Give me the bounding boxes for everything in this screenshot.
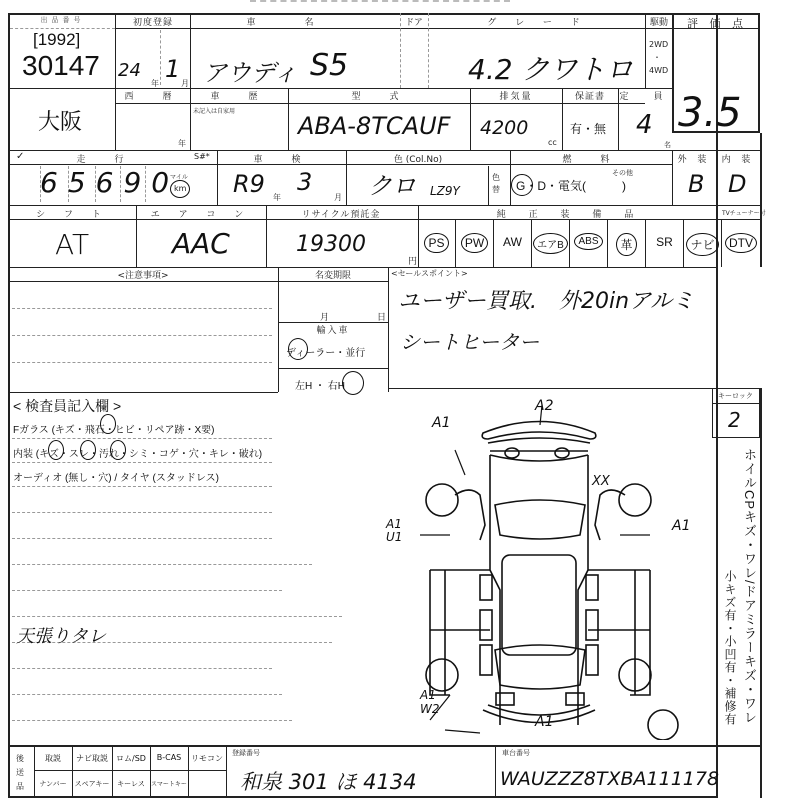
accessory-manual: 取説 xyxy=(34,753,72,764)
recycle-unit: 円 xyxy=(408,254,417,267)
accessory-plate: ナンバー xyxy=(34,779,72,789)
plate-label: 登録番号 xyxy=(232,748,260,758)
exterior-grade: B xyxy=(688,170,704,198)
inspector-audio-tire: オーディオ (無し・穴) / タイヤ (スタッドレス) xyxy=(13,469,219,484)
equipment-aw-label: AW xyxy=(503,235,522,249)
glass-chip-circle xyxy=(100,414,116,434)
grade-label: グ レ ー ド xyxy=(430,15,645,28)
color-change-label: 色替 xyxy=(492,172,502,196)
drive-4wd: 4WD xyxy=(649,66,668,75)
equipment-sr-label: SR xyxy=(656,235,673,249)
recycle-fee: 19300 xyxy=(296,232,366,257)
divider xyxy=(115,103,645,104)
equipment-abs-label: ABS xyxy=(574,233,602,250)
mileage-flag: S#* xyxy=(194,152,210,161)
divider xyxy=(115,28,190,29)
name-change-label: 名変期限 xyxy=(280,268,386,281)
interior-label: 内 装 xyxy=(716,152,760,165)
inspection-history-label: 車 歴 xyxy=(190,89,288,102)
western-year-unit: 年 xyxy=(178,138,186,149)
divider xyxy=(150,745,151,798)
displacement-label: 排気量 xyxy=(470,89,562,102)
equipment-navi: ナビ xyxy=(684,219,722,267)
mileage-check: ✓ xyxy=(16,151,24,162)
color-code: LZ9Y xyxy=(430,184,460,198)
capacity-label: 定 員 xyxy=(618,89,672,102)
equipment-leather: 革 xyxy=(608,219,646,267)
exterior-label: 外 装 xyxy=(672,152,716,165)
divider xyxy=(672,28,760,29)
sales-point-line1: ユーザー買取. 外20inアルミ xyxy=(398,284,694,315)
interior-dirt-circle xyxy=(110,440,126,460)
divider xyxy=(760,388,762,748)
interior-grade: D xyxy=(728,170,746,198)
equipment-dtv-label: DTV xyxy=(725,233,757,253)
divider xyxy=(34,770,226,771)
divider xyxy=(115,13,116,88)
fuel-other-label: その他 xyxy=(612,168,633,178)
accessory-keyless: キーレス xyxy=(112,779,150,789)
inspection-year-unit: 年 xyxy=(273,192,281,203)
divider xyxy=(10,28,115,29)
footer-divider xyxy=(8,745,760,747)
equipment-leather-label: 革 xyxy=(616,233,636,256)
chassis-number: WAUZZZ8TXBA111178 xyxy=(500,768,719,790)
fuel-label: 燃 料 xyxy=(510,152,672,165)
equipment-navi-label: ナビ xyxy=(686,233,718,256)
license-plate: 和泉 301 ほ 4134 xyxy=(240,766,417,796)
inspection-history-note: 未記入は自家用 xyxy=(193,106,235,115)
equipment-sr: SR xyxy=(646,219,684,267)
model-code-label: 型 式 xyxy=(290,89,470,102)
row-divider xyxy=(8,392,278,393)
row-divider xyxy=(8,205,760,206)
accessory-navi-manual: ナビ取説 xyxy=(72,753,112,764)
divider xyxy=(488,166,489,205)
divider xyxy=(8,281,388,282)
divider xyxy=(712,403,760,404)
caution-line xyxy=(12,362,272,363)
caution-line xyxy=(12,335,272,336)
inspector-line xyxy=(12,438,272,439)
chassis-label: 車台番号 xyxy=(502,748,530,758)
equipment-airbag: エアB xyxy=(532,219,570,267)
handle-option: 左H ・ 右H xyxy=(295,377,345,392)
header-scan-artifact xyxy=(250,0,510,6)
car-model: S5 xyxy=(310,48,348,83)
inspector-handwritten-note: 天張りタレ xyxy=(16,622,106,648)
inspector-line xyxy=(12,512,272,513)
mileage-unit-km: km xyxy=(174,184,186,193)
accessories-label: 後送品 xyxy=(16,752,26,794)
divider xyxy=(760,205,762,267)
keylock-label: キーロック xyxy=(718,391,753,401)
damage-mark-a2-front: A2 xyxy=(535,398,553,414)
inspector-line xyxy=(12,694,282,695)
drive-dot: ・ xyxy=(653,52,661,63)
accessory-remote: リモコン xyxy=(188,753,226,764)
inspector-title: < 検査員記入欄 > xyxy=(13,396,121,416)
western-year-label: 西 暦 xyxy=(116,89,190,102)
model-code: ABA-8TCAUF xyxy=(298,112,450,140)
color-label: 色 (Col.No) xyxy=(348,152,488,165)
dealer-option: ディーラー・並行 xyxy=(286,344,365,359)
damage-mark-a1-right-door: A1 xyxy=(672,518,690,534)
inspector-vertical-note2: 小キズ有・小凹有・補修有 xyxy=(722,570,739,750)
venue: 大阪 xyxy=(38,105,82,136)
equipment-ps: PS xyxy=(418,219,456,267)
divider xyxy=(190,28,672,29)
drive-label: 駆動 xyxy=(646,15,672,28)
divider xyxy=(112,745,113,798)
caution-line xyxy=(12,308,272,309)
first-reg-month: 1 xyxy=(165,55,180,83)
grade: 4.2 クワトロ xyxy=(468,48,633,88)
interior-wear-circle xyxy=(80,440,96,460)
inspector-line xyxy=(12,538,272,539)
damage-mark-a1-rear-left: A1 W2 xyxy=(420,688,450,716)
caution-label: <注意事項> xyxy=(10,268,276,281)
car-name: アウディ xyxy=(203,53,297,88)
evaluation-score: 3.5 xyxy=(678,90,742,136)
inspector-line xyxy=(12,462,272,463)
inspector-vertical-note: ホイルCPキズ・ワレ/ドアミラーキズ・ワレ xyxy=(740,448,759,748)
capacity-unit: 名 xyxy=(664,140,671,150)
lot-year: [1992] xyxy=(33,30,80,50)
equipment-list: PS PW AW エアB ABS 革 SR ナビ DTV xyxy=(418,219,760,267)
door-label: ドア xyxy=(401,15,427,28)
damage-mark-xx-front-right: XX xyxy=(592,474,610,489)
sales-point-label: <セールスポイント> xyxy=(391,268,468,279)
right-hand-circle xyxy=(342,371,364,395)
divider xyxy=(346,150,347,205)
first-reg-year: 24 xyxy=(118,60,141,81)
damage-mark-a1-left-door: A1 U1 xyxy=(386,518,408,544)
color: クロ xyxy=(368,166,416,201)
drive-2wd: 2WD xyxy=(649,40,668,49)
divider xyxy=(160,30,161,85)
sales-point-line2: シートヒーター xyxy=(400,326,539,355)
divider xyxy=(72,745,73,798)
accessory-smart-key: スマートキー xyxy=(150,779,188,788)
equipment-aw: AW xyxy=(494,219,532,267)
equipment-dtv: DTV xyxy=(722,219,760,267)
damage-mark-a1-front-left: A1 xyxy=(432,415,450,431)
equipment-ps-label: PS xyxy=(424,233,448,253)
divider xyxy=(495,745,496,798)
ac: AAC xyxy=(172,227,230,260)
interior-scratch-circle xyxy=(48,440,64,460)
first-reg-label: 初度登録 xyxy=(117,15,189,28)
equipment-pw: PW xyxy=(456,219,494,267)
warranty: 有・無 xyxy=(570,120,606,137)
inspection-month-unit: 月 xyxy=(334,192,342,203)
divider xyxy=(760,133,762,205)
capacity: 4 xyxy=(636,110,653,140)
accessory-spare-key: スペアキー xyxy=(72,779,112,789)
divider xyxy=(428,13,429,88)
keylock-value: 2 xyxy=(728,408,741,432)
import-label: 輸入車 xyxy=(280,323,386,336)
divider xyxy=(8,219,418,220)
shift: AT xyxy=(55,228,89,261)
row-divider xyxy=(8,150,760,151)
lot-number: 30147 xyxy=(22,50,100,82)
row-divider xyxy=(388,388,718,389)
inspector-line xyxy=(12,616,342,617)
divider xyxy=(278,368,388,369)
car-name-label: 車 名 xyxy=(190,15,390,28)
displacement: 4200 xyxy=(480,117,528,139)
inspector-line xyxy=(12,564,312,565)
inspection-era: R9 xyxy=(233,170,265,198)
divider xyxy=(388,267,389,392)
equipment-pw-label: PW xyxy=(461,233,488,253)
warranty-label: 保証書 xyxy=(562,89,618,102)
inspector-line xyxy=(12,486,272,487)
equipment-abs: ABS xyxy=(570,219,608,267)
accessory-bcas: B-CAS xyxy=(150,753,188,762)
damage-mark-a1-rear: A1 xyxy=(535,714,553,730)
accessory-rom-sd: ロム/SD xyxy=(112,753,150,764)
divider xyxy=(226,745,227,798)
inspection-expiry-label: 車 検 xyxy=(218,152,346,165)
divider xyxy=(188,745,189,798)
divider xyxy=(288,88,289,150)
inspector-line xyxy=(12,590,282,591)
mileage: 65690 xyxy=(40,166,179,199)
divider xyxy=(760,745,762,798)
fuel-options: G・D・電気( ) xyxy=(516,177,626,194)
inspection-month: 3 xyxy=(297,168,312,196)
inspector-line xyxy=(12,720,292,721)
lot-label: 出品番号 xyxy=(10,15,115,25)
equipment-airbag-label: エアB xyxy=(533,233,568,254)
inspector-line xyxy=(12,668,272,669)
displacement-unit: cc xyxy=(548,138,557,147)
divider xyxy=(278,267,279,392)
